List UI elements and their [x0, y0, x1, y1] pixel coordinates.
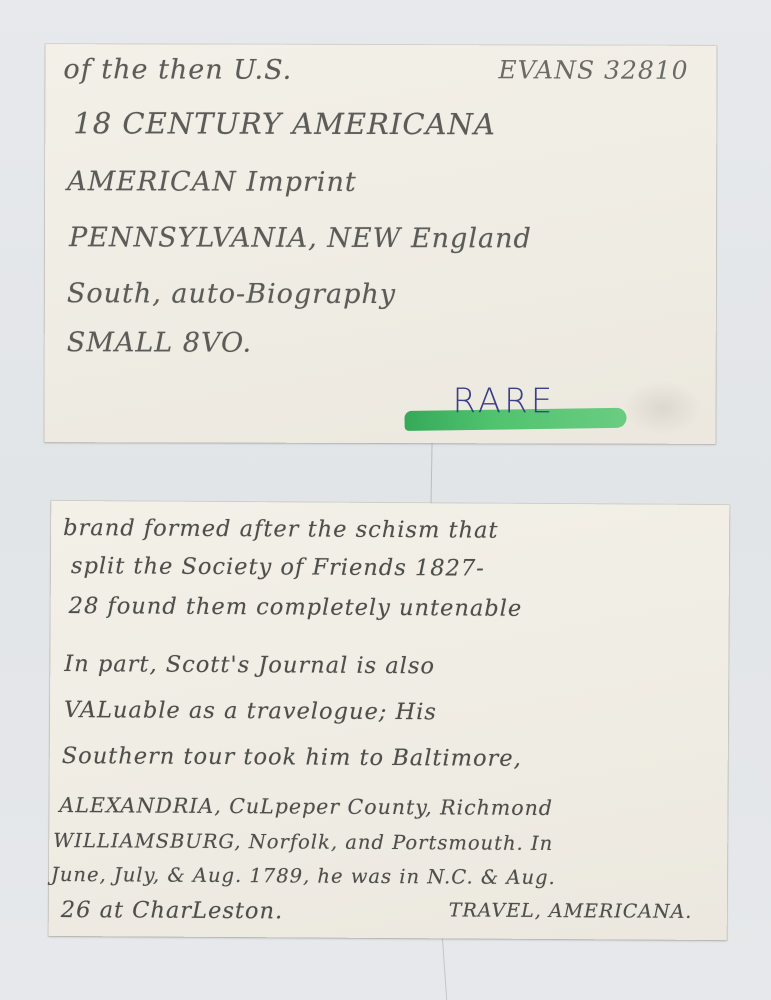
background-crease-line: [442, 936, 447, 1000]
handwritten-line: split the Society of Friends 1827-: [71, 553, 485, 582]
rare-label: RARE: [453, 381, 556, 421]
handwritten-line: Southern tour took him to Baltimore,: [62, 743, 522, 772]
background-crease-line: [430, 440, 432, 510]
handwritten-line: of the then U.S.: [63, 54, 292, 86]
index-card-bottom: brand formed after the schism that split…: [49, 501, 730, 940]
handwritten-line: WILLIAMSBURG, Norfolk, and Portsmouth. I…: [53, 829, 553, 855]
catalog-number: EVANS 32810: [498, 55, 688, 84]
handwritten-line: AMERICAN Imprint: [67, 166, 357, 198]
handwritten-line: 18 CENTURY AMERICANA: [73, 106, 496, 141]
handwritten-line: SMALL 8VO.: [67, 327, 253, 358]
handwritten-line: PENNSYLVANIA, NEW England: [69, 222, 532, 254]
subject-tags: TRAVEL, AMERICANA.: [449, 899, 693, 922]
rare-marking: RARE: [404, 381, 636, 438]
index-card-top: of the then U.S. EVANS 32810 18 CENTURY …: [44, 44, 716, 444]
handwritten-line: brand formed after the schism that: [63, 515, 498, 544]
handwritten-line: VALuable as a travelogue; His: [64, 697, 437, 725]
handwritten-line: June, July, & Aug. 1789, he was in N.C. …: [51, 863, 556, 889]
handwritten-line: In part, Scott's Journal is also: [64, 651, 435, 679]
handwritten-line: South, auto-Biography: [67, 278, 396, 310]
handwritten-line: 26 at CharLeston.: [61, 897, 283, 924]
handwritten-line: 28 found them completely untenable: [69, 593, 523, 622]
handwritten-line: ALEXANDRIA, CuLpeper County, Richmond: [59, 793, 553, 820]
